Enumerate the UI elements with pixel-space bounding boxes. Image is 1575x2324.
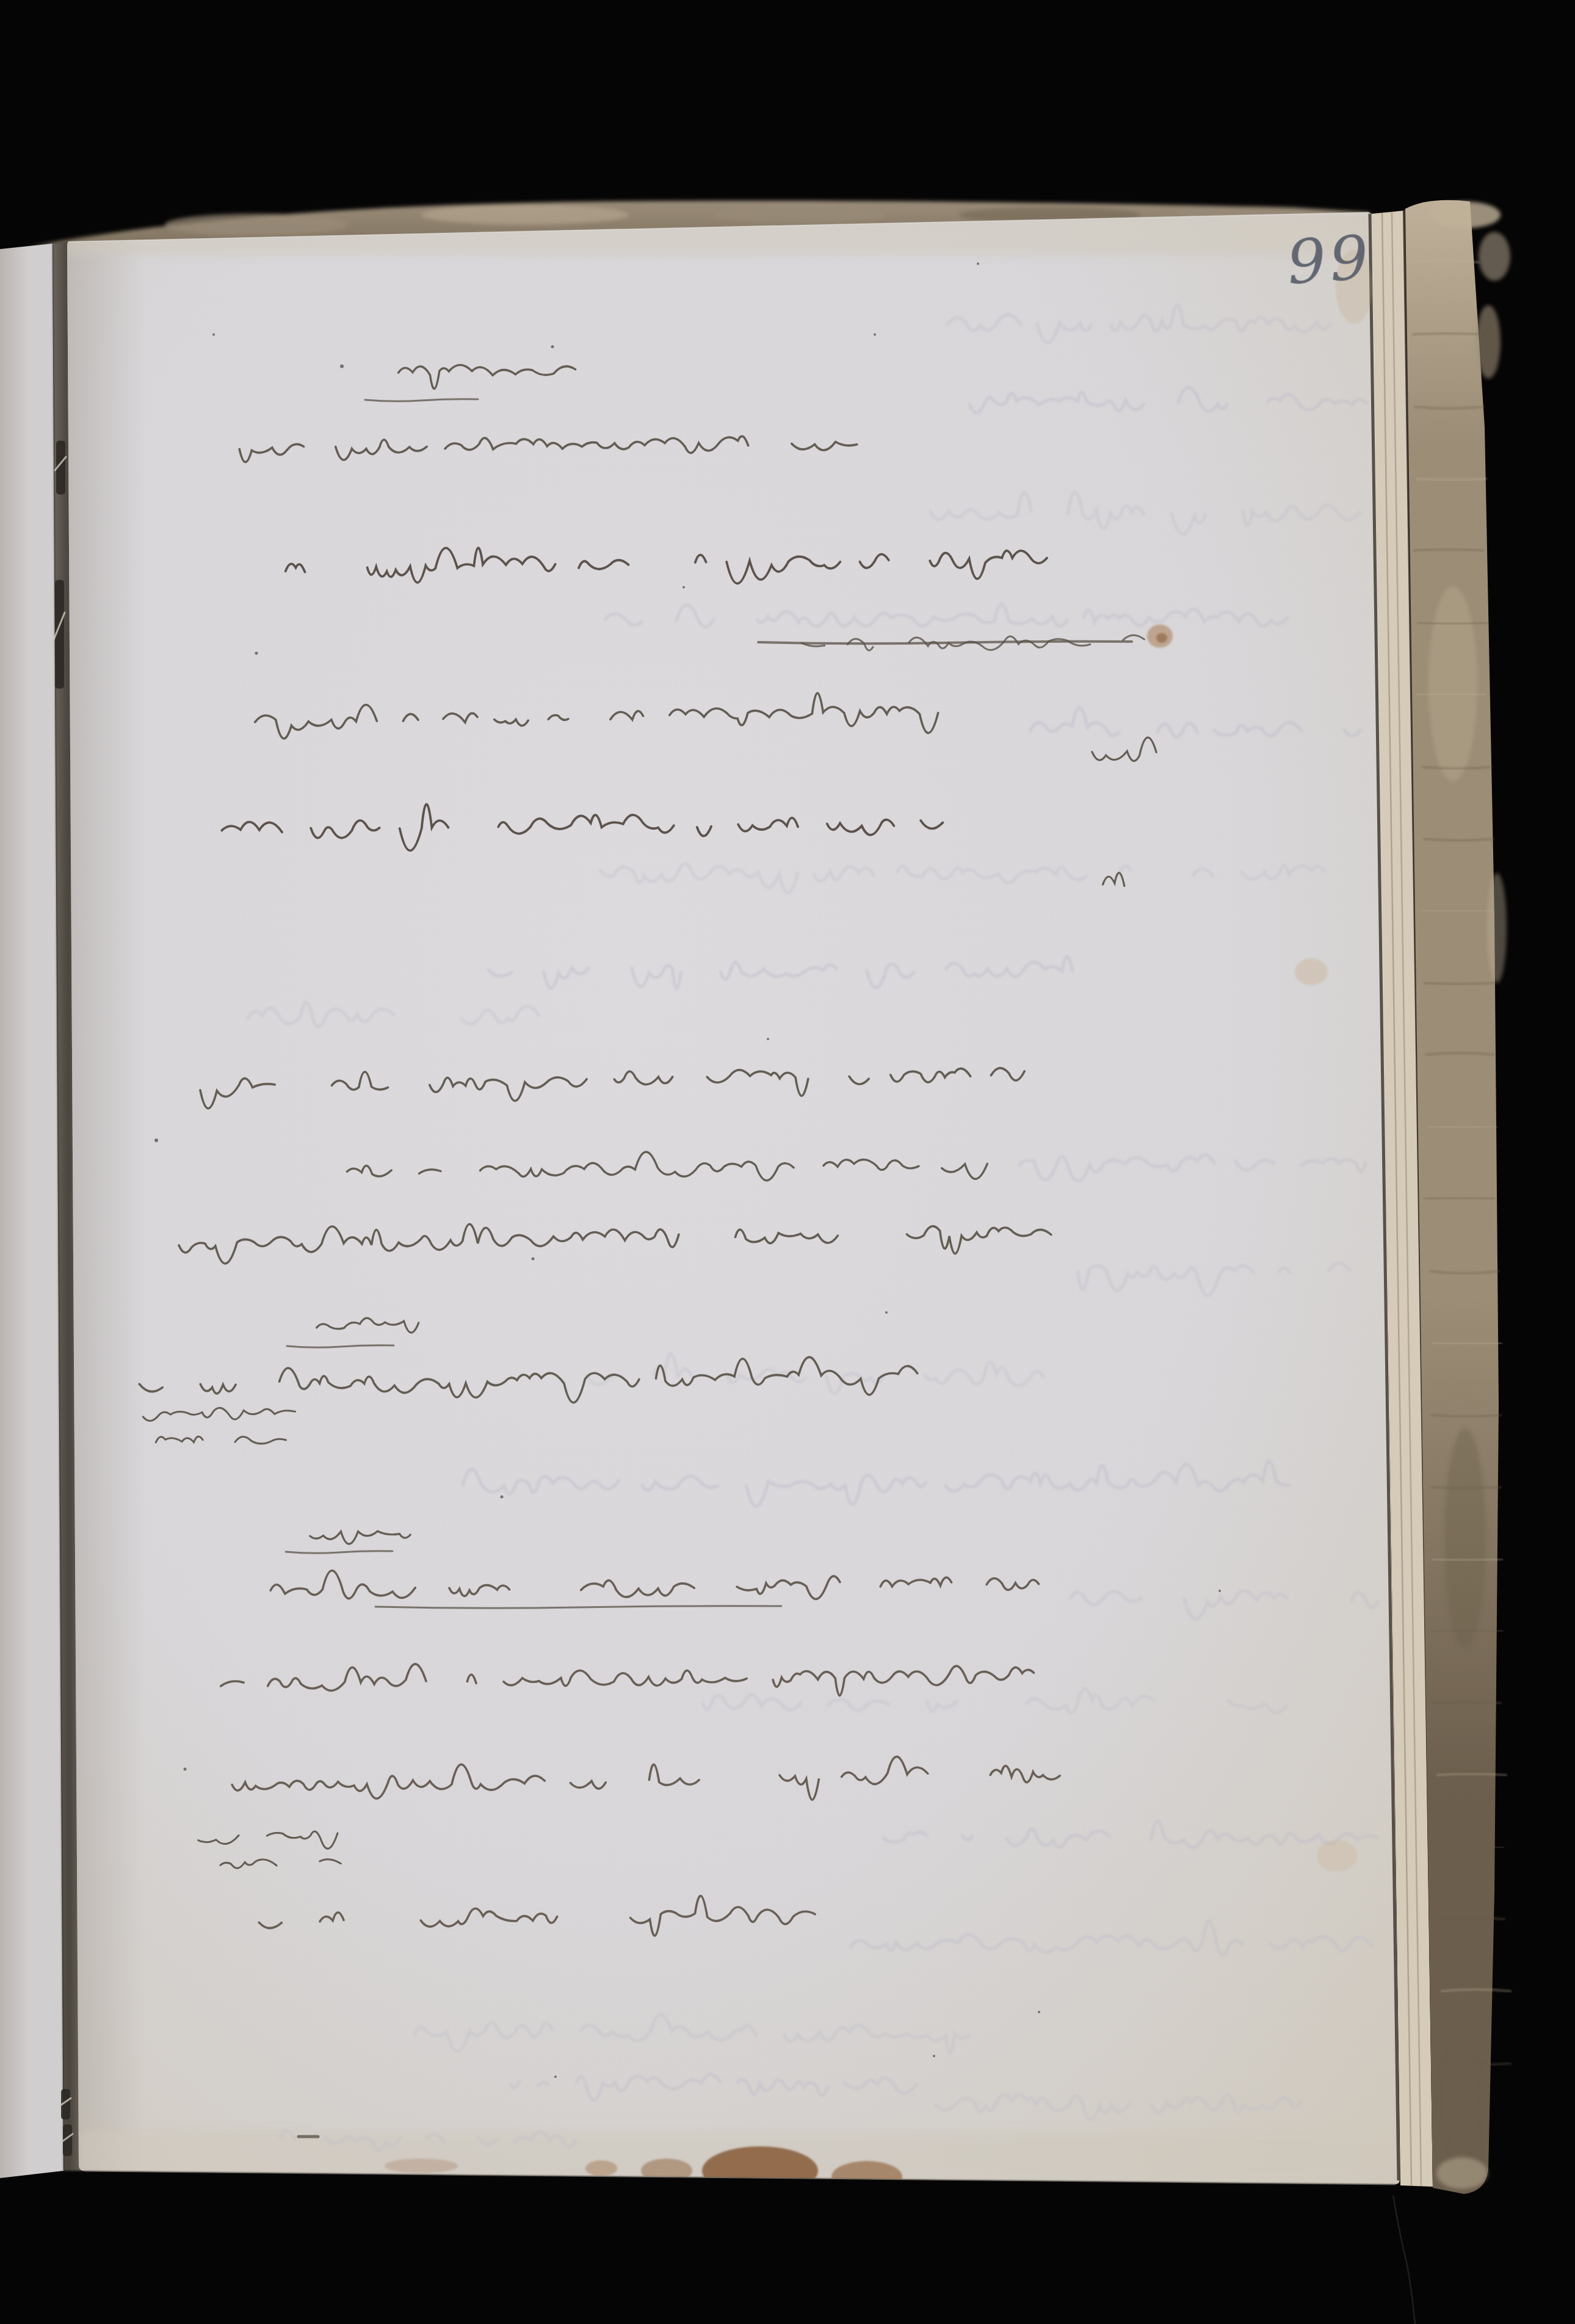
vellum-ripple xyxy=(1413,333,1482,335)
vellum-ripple xyxy=(1414,549,1483,551)
vellum-ripple xyxy=(1433,1559,1502,1560)
vellum-ripple xyxy=(1432,1415,1501,1417)
manuscript-page xyxy=(66,212,1404,2185)
ink-speck xyxy=(885,1311,888,1314)
manuscript-photo-svg: 99 xyxy=(0,0,1575,2324)
stain xyxy=(585,2160,617,2176)
ink-speck xyxy=(977,262,979,265)
vellum-ripple xyxy=(1417,694,1486,695)
vellum-ripple xyxy=(1417,479,1486,480)
ink-speck xyxy=(767,1038,769,1040)
manuscript-photo: 99 xyxy=(0,0,1575,2324)
ink-speck xyxy=(154,1138,158,1142)
ink-speck xyxy=(532,1258,535,1261)
ink-speck xyxy=(1218,1590,1221,1592)
vellum-ripple xyxy=(1442,2063,1510,2065)
ink-speck xyxy=(340,364,344,368)
stain xyxy=(1156,633,1167,643)
vellum-ripple xyxy=(1438,1774,1506,1776)
ink-speck xyxy=(255,652,258,655)
ink-speck xyxy=(551,346,554,349)
ink-speck xyxy=(184,1768,187,1771)
ink-speck xyxy=(933,2055,935,2057)
vellum-ripple xyxy=(1419,623,1487,624)
vellum-ripple xyxy=(1433,1343,1501,1344)
stain xyxy=(385,2159,458,2173)
vellum-ripple xyxy=(1432,1702,1501,1703)
vellum-ripple xyxy=(1425,1198,1494,1199)
page-sheet xyxy=(67,212,1400,2184)
ink-speck xyxy=(874,333,876,336)
page-number: 99 xyxy=(1285,222,1375,299)
gutter-inner-shadow xyxy=(66,238,145,2179)
ink-speck xyxy=(682,586,685,588)
vellum-ripple xyxy=(1425,983,1493,984)
vellum-ripple xyxy=(1432,1487,1501,1488)
vellum-ripple xyxy=(1434,1631,1502,1631)
ink-speck xyxy=(501,1496,504,1499)
stain xyxy=(1317,1840,1357,1872)
stain xyxy=(1295,958,1328,985)
ink-speck xyxy=(212,333,215,336)
ink-speck xyxy=(554,2076,557,2078)
ink-speck xyxy=(1038,2011,1040,2013)
facing-page-edge xyxy=(0,244,63,2178)
